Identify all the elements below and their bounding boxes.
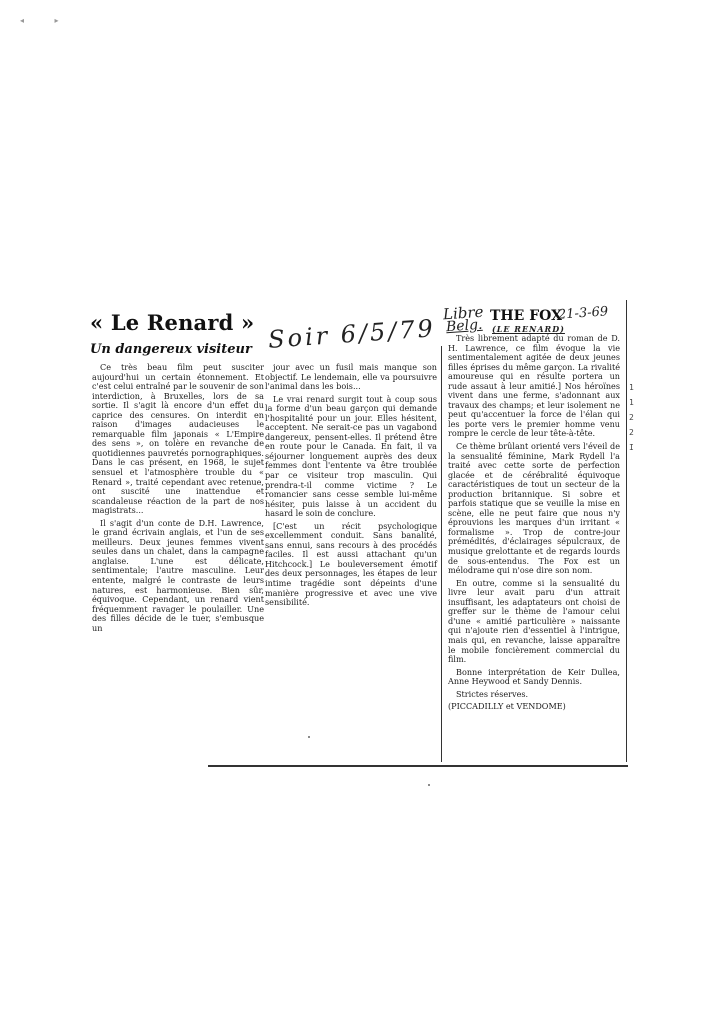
review-column: Très librement adapté du roman de D. H. … <box>448 334 620 715</box>
paragraph: jour avec un fusil mais manque son objec… <box>265 363 437 392</box>
margin-marks: 1 1 2 2 I <box>629 380 639 455</box>
paragraph: Il s'agit d'un conte de D.H. Lawrence, l… <box>92 519 264 634</box>
review-title: THE FOX <box>490 308 562 324</box>
paragraph: Strictes réserves. <box>448 690 620 700</box>
article-subtitle: Un dangereux visiteur <box>90 342 252 357</box>
paragraph: En outre, comme si la sensualité du livr… <box>448 579 620 665</box>
paragraph: Très librement adapté du roman de D. H. … <box>448 334 620 439</box>
column-divider <box>441 346 442 762</box>
handwritten-source-date: Soir 6/5/79 <box>267 314 436 354</box>
paragraph: Ce thème brûlant orienté vers l'éveil de… <box>448 442 620 576</box>
margin-mark: I <box>629 440 639 455</box>
bottom-rule <box>208 765 628 767</box>
right-border-rule <box>626 300 627 762</box>
scan-speck <box>428 784 430 786</box>
scan-speck <box>308 736 310 738</box>
newspaper-clipping: « Le Renard » Un dangereux visiteur Soir… <box>88 300 658 770</box>
article-column-1: Ce très beau film peut susciter aujourd'… <box>92 363 264 636</box>
handwritten-date: 21-3-69 <box>558 304 609 322</box>
margin-mark: 2 <box>629 410 639 425</box>
paragraph: Ce très beau film peut susciter aujourd'… <box>92 363 264 516</box>
paragraph: Le vrai renard surgit tout à coup sous l… <box>265 395 437 519</box>
margin-mark: 2 <box>629 425 639 440</box>
margin-mark: 1 <box>629 380 639 395</box>
paragraph: (PICCADILLY et VENDOME) <box>448 702 620 712</box>
article-title: « Le Renard » <box>90 310 254 335</box>
scan-corner-marks: ◂ ▸ <box>20 16 73 25</box>
article-column-2: jour avec un fusil mais manque son objec… <box>265 363 437 611</box>
paragraph: Bonne interprétation de Keir Dullea, Ann… <box>448 668 620 687</box>
paragraph: [C'est un récit psychologique excellemme… <box>265 522 437 608</box>
margin-mark: 1 <box>629 395 639 410</box>
